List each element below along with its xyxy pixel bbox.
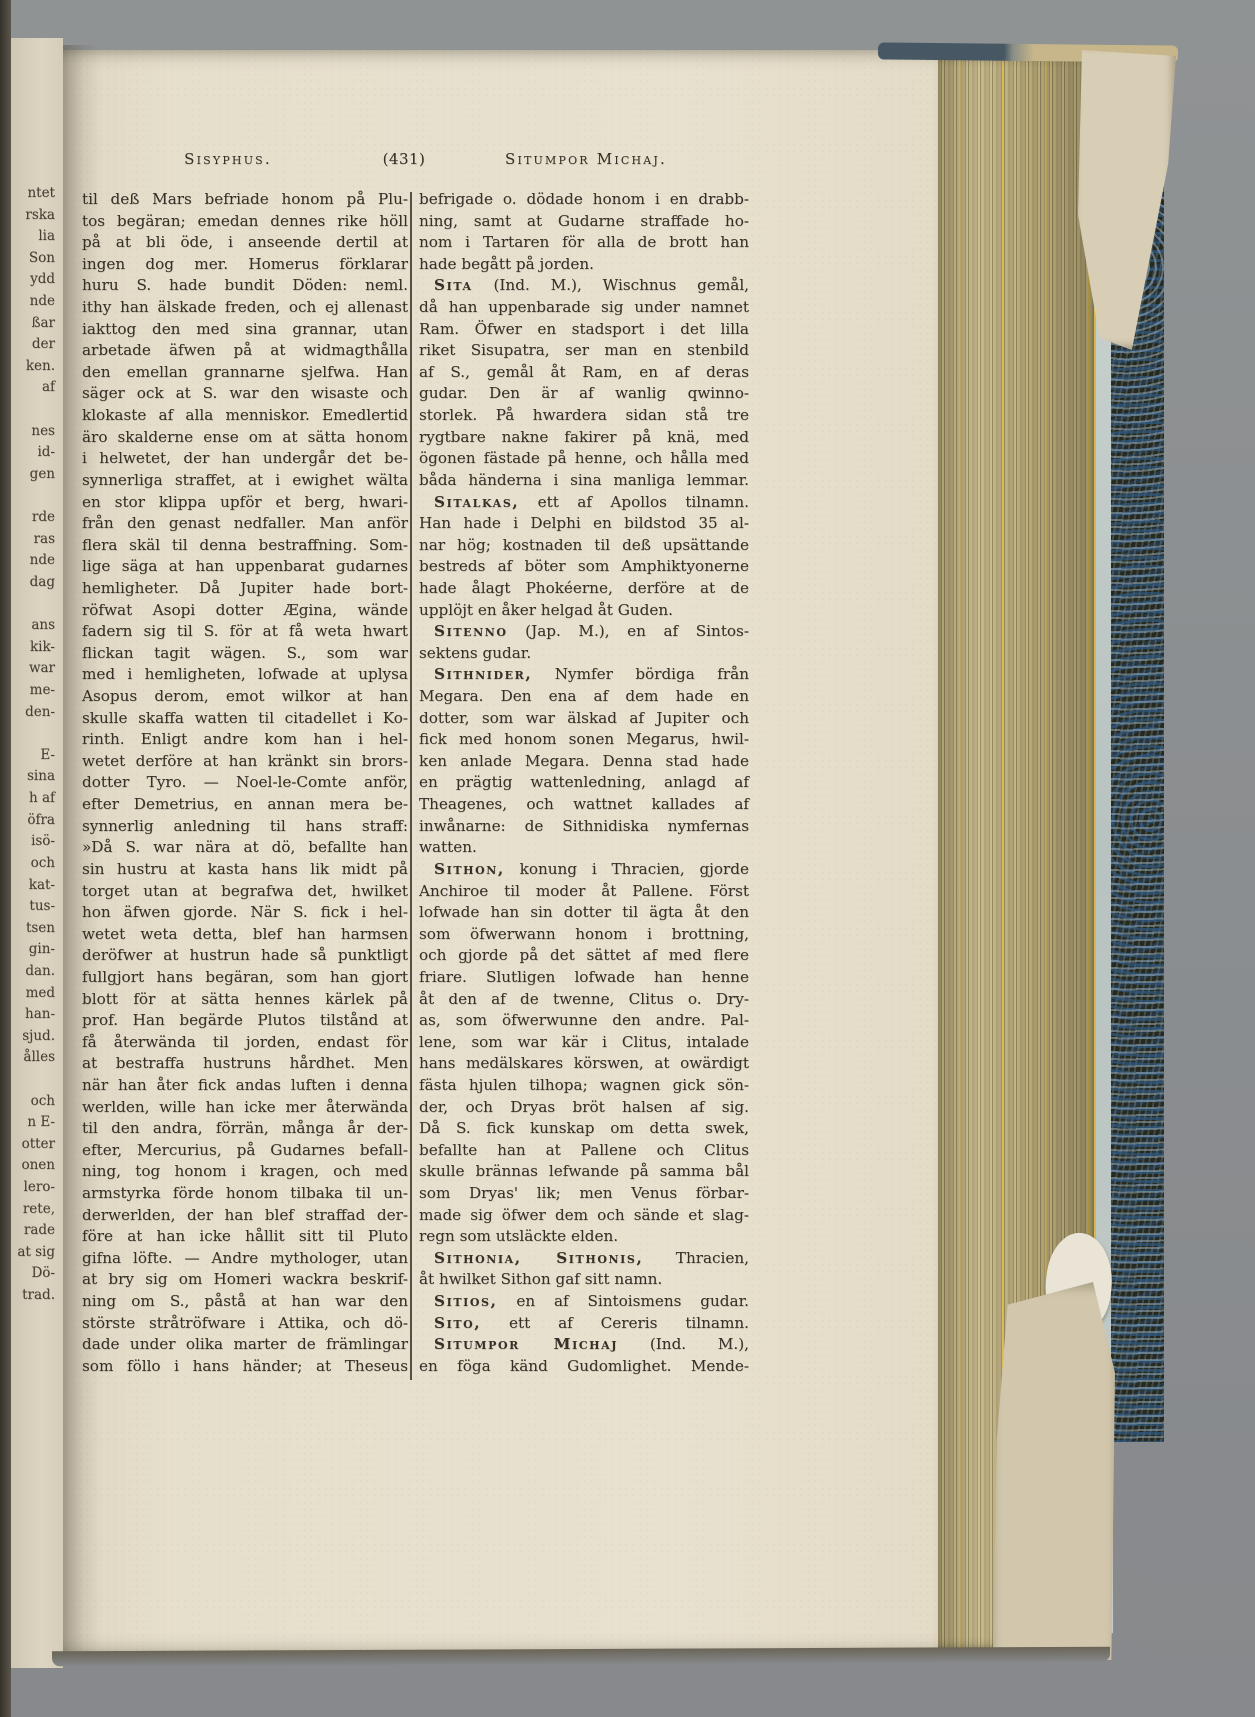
fragment-line: rete,: [11, 1199, 55, 1221]
fragment-line: och: [11, 853, 55, 875]
text-line: rinth. Enligt andre kom han i hel-: [82, 729, 408, 751]
text-line: skulle skaffa watten til citadellet i Ko…: [82, 708, 408, 730]
text-line: inwånarne: de Sithnidiska nymfernas: [419, 816, 749, 838]
fragment-line: ålles: [11, 1047, 55, 1069]
text-line: upplöjt en åker helgad åt Guden.: [419, 600, 749, 622]
text-line: at bestraffa hustruns hårdhet. Men: [82, 1053, 408, 1075]
text-line: storlek. På hwardera sidan stå tre: [419, 405, 749, 427]
text-line: wetet derföre at han kränkt sin brors-: [82, 751, 408, 773]
text-line: ning om S., påstå at han war den: [82, 1291, 408, 1313]
fragment-line: ras: [11, 529, 55, 551]
text-line: röfwat Asopi dotter Ægina, wände: [82, 600, 408, 622]
entry-headword: Sithnider,: [434, 665, 532, 683]
fragment-line: ydd: [11, 269, 55, 291]
text-line: arbetade äfwen på at widmagthålla: [82, 340, 408, 362]
fragment-line: och: [11, 1091, 55, 1113]
text-line: ken anlade Megara. Denna stad hade: [419, 751, 749, 773]
text-line: Sitalkas, ett af Apollos tilnamn.: [419, 492, 749, 514]
fragment-line: E-: [11, 745, 55, 767]
fragment-line: med: [11, 983, 55, 1005]
text-line: efter Demetrius, en annan mera be-: [82, 794, 408, 816]
text-line: klokaste af alla menniskor. Emedlertid: [82, 405, 408, 427]
text-line: skulle brännas lefwande på samma bål: [419, 1161, 749, 1183]
text-column-right: befrigade o. dödade honom i en drabb-nin…: [419, 189, 749, 1378]
fragment-line: tus-: [11, 896, 55, 918]
text-line: blott för at sätta hennes kärlek på: [82, 989, 408, 1011]
text-line: deröfwer at hustrun hade så punktligt: [82, 945, 408, 967]
text-line: ning, samt at Gudarne straffade ho-: [419, 211, 749, 233]
text-line: til deß Mars befriade honom på Plu-: [82, 189, 408, 211]
fragment-line: af: [11, 377, 55, 399]
fragment-line: Son: [11, 248, 55, 270]
fragment-line: den-: [11, 702, 55, 724]
text-line: åt den af de twenne, Clitus o. Dry-: [419, 989, 749, 1011]
entry-headword: Sithonia, Sithonis,: [434, 1249, 643, 1267]
text-line: iakttog den med sina grannar, utan: [82, 319, 408, 341]
text-line: prof. Han begärde Plutos tilstånd at: [82, 1010, 408, 1032]
text-line: ingen dog mer. Homerus förklarar: [82, 254, 408, 276]
text-line: riket Sisupatra, ser man en stenbild: [419, 340, 749, 362]
fragment-line: gin-: [11, 939, 55, 961]
text-line: til den andra, förrän, många år der-: [82, 1118, 408, 1140]
text-line: hade ålagt Phokéerne, derföre at de: [419, 578, 749, 600]
fragment-line: ßar: [11, 313, 55, 335]
fragment-line: rska: [11, 205, 55, 227]
book-bottom-edge: [52, 1647, 1110, 1667]
text-line: en föga känd Gudomlighet. Mende-: [419, 1356, 749, 1378]
fragment-line: nde: [11, 550, 55, 572]
text-line: som öfwerwann honom i brottning,: [419, 924, 749, 946]
text-line: som föllo i hans händer; at Theseus: [82, 1356, 408, 1378]
fragment-line: otter: [11, 1134, 55, 1156]
text-line: nom i Tartaren för alla de brott han: [419, 232, 749, 254]
text-line: tos begäran; emedan dennes rike höll: [82, 211, 408, 233]
text-line: ithy han älskade freden, och ej allenast: [82, 297, 408, 319]
text-line: lofwade han sin dotter til ägta åt den: [419, 902, 749, 924]
text-line: at bry sig om Homeri wackra beskrif-: [82, 1269, 408, 1291]
fragment-line: kat-: [11, 875, 55, 897]
text-line: sektens gudar.: [419, 643, 749, 665]
text-line: bestreds af böter som Amphiktyonerne: [419, 556, 749, 578]
text-line: Situmpor Michaj (Ind. M.),: [419, 1334, 749, 1356]
text-line: dade under olika marter de främlingar: [82, 1334, 408, 1356]
text-line: regn som utsläckte elden.: [419, 1226, 749, 1248]
fragment-line: [11, 1069, 55, 1091]
text-line: ning, tog honom i kragen, och med: [82, 1161, 408, 1183]
fragment-line: lero-: [11, 1177, 55, 1199]
text-line: made sig öfwer dem och sände et slag-: [419, 1205, 749, 1227]
text-line: före at han icke hållit sitt til Pluto: [82, 1226, 408, 1248]
fragment-line: [11, 723, 55, 745]
fragment-line: isö-: [11, 831, 55, 853]
fragment-line: kik-: [11, 637, 55, 659]
text-line: der, och Dryas bröt halsen af sig.: [419, 1097, 749, 1119]
entry-headword: Situmpor Michaj: [434, 1335, 618, 1353]
text-line: Anchiroe til moder åt Pallene. Först: [419, 881, 749, 903]
text-line: båda händerna i sina manliga lemmar.: [419, 470, 749, 492]
text-line: säger ock at S. war den wisaste och: [82, 383, 408, 405]
text-line: hon äfwen gjorde. När S. fick i hel-: [82, 902, 408, 924]
text-line: hemligheter. Då Jupiter hade bort-: [82, 578, 408, 600]
text-line: Asopus derom, emot wilkor at han: [82, 686, 408, 708]
text-line: då han uppenbarade sig under namnet: [419, 297, 749, 319]
text-line: Sithon, konung i Thracien, gjorde: [419, 859, 749, 881]
worn-cover-corner: [993, 1282, 1115, 1660]
fragment-line: sina: [11, 766, 55, 788]
facing-page-text-fragments: ntetrskaliaSonyddndeßarderken.af nesid-g…: [11, 183, 58, 1408]
text-line: gudar. Den är af wanlig qwinno-: [419, 383, 749, 405]
fragment-line: sjud.: [11, 1026, 55, 1048]
text-line: och gjorde på det sättet af med flere: [419, 945, 749, 967]
book-photo: Sisyphus. (431) Situmpor Michaj. til deß…: [0, 0, 1255, 1717]
entry-headword: Sithon,: [434, 860, 505, 878]
text-line: flera skäl til denna bestraffning. Som-: [82, 535, 408, 557]
text-line: störste stråtröfware i Attika, och dö-: [82, 1313, 408, 1335]
entry-headword: Sitalkas,: [434, 493, 519, 511]
fragment-line: han-: [11, 1004, 55, 1026]
text-line: på at bli öde, i anseende dertil at: [82, 232, 408, 254]
text-line: Theagenes, och wattnet kallades af: [419, 794, 749, 816]
text-line: »Då S. war nära at dö, befallte han: [82, 837, 408, 859]
page-number: (431): [383, 150, 426, 168]
text-line: Då S. fick kunskap om detta swek,: [419, 1118, 749, 1140]
text-line: Han hade i Delphi en bildstod 35 al-: [419, 513, 749, 535]
text-line: derwerlden, der han blef straffad der-: [82, 1205, 408, 1227]
text-line: fadern sig til S. för at få weta hwart: [82, 621, 408, 643]
text-line: hans medälskares körswen, at owärdigt: [419, 1053, 749, 1075]
text-line: friare. Slutligen lofwade han henne: [419, 967, 749, 989]
text-line: dotter Tyro. — Noel-le-Comte anför,: [82, 772, 408, 794]
text-line: armstyrka förde honom tilbaka til un-: [82, 1183, 408, 1205]
entry-headword: Sitenno: [434, 622, 508, 640]
fragment-line: war: [11, 658, 55, 680]
fragment-line: trad.: [11, 1285, 55, 1307]
text-line: Sitios, en af Sintoismens gudar.: [419, 1291, 749, 1313]
text-line: befallte han at Pallene och Clitus: [419, 1140, 749, 1162]
text-line: från den genast nedfaller. Man anför: [82, 513, 408, 535]
text-line: Megara. Den ena af dem hade en: [419, 686, 749, 708]
text-line: synnerlig anledning til hans straff:: [82, 816, 408, 838]
text-line: äro skalderne ense om at sätta honom: [82, 427, 408, 449]
text-line: werlden, wille han icke mer återwända: [82, 1097, 408, 1119]
text-column-left: til deß Mars befriade honom på Plu-tos b…: [82, 189, 408, 1378]
text-line: fästa hjulen tilhopa; wagnen gick sön-: [419, 1075, 749, 1097]
text-line: i helwetet, der han undergår det be-: [82, 448, 408, 470]
fragment-line: [11, 399, 55, 421]
text-line: watten.: [419, 837, 749, 859]
running-title-right: Situmpor Michaj.: [505, 150, 667, 168]
text-line: lige säga at han uppenbarat gudarnes: [82, 556, 408, 578]
text-line: Sithonia, Sithonis, Thracien,: [419, 1248, 749, 1270]
entry-headword: Sito,: [434, 1314, 481, 1332]
fragment-line: rde: [11, 507, 55, 529]
text-line: få återwända til jorden, endast för: [82, 1032, 408, 1054]
fragment-line: rade: [11, 1220, 55, 1242]
text-line: fullgjort hans begäran, som han gjort: [82, 967, 408, 989]
fragment-line: ans: [11, 615, 55, 637]
column-divider: [410, 192, 412, 1380]
text-line: nar hög; kostnaden til deß upsättande: [419, 535, 749, 557]
text-line: åt hwilket Sithon gaf sitt namn.: [419, 1269, 749, 1291]
fragment-line: [11, 594, 55, 616]
fragment-line: me-: [11, 680, 55, 702]
fragment-line: nes: [11, 421, 55, 443]
text-line: dotter, som war älskad af Jupiter och: [419, 708, 749, 730]
fragment-line: tsen: [11, 918, 55, 940]
text-line: Sitenno (Jap. M.), en af Sintos-: [419, 621, 749, 643]
fragment-line: at sig: [11, 1242, 55, 1264]
fragment-line: der: [11, 334, 55, 356]
fragment-line: dag: [11, 572, 55, 594]
entry-headword: Sitios,: [434, 1292, 497, 1310]
text-line: Ram. Öfwer en stadsport i det lilla: [419, 319, 749, 341]
text-line: lene, som war kär i Clitus, intalade: [419, 1032, 749, 1054]
text-line: Sita (Ind. M.), Wischnus gemål,: [419, 275, 749, 297]
fragment-line: lia: [11, 226, 55, 248]
fragment-line: onen: [11, 1155, 55, 1177]
entry-headword: Sita: [434, 276, 473, 294]
text-line: när han åter fick andas luften i denna: [82, 1075, 408, 1097]
text-line: rygtbare nakne fakirer på knä, med: [419, 427, 749, 449]
text-line: som Dryas' lik; men Venus förbar-: [419, 1183, 749, 1205]
text-line: hade begått på jorden.: [419, 254, 749, 276]
text-line: flickan tagit wägen. S., som war: [82, 643, 408, 665]
fragment-line: nde: [11, 291, 55, 313]
text-line: sin hustru at kasta hans lik midt på: [82, 859, 408, 881]
fragment-line: [11, 486, 55, 508]
text-line: en stor klippa upför et berg, hwari-: [82, 492, 408, 514]
text-line: torget utan at begrafwa det, hwilket: [82, 881, 408, 903]
fragment-line: dan.: [11, 961, 55, 983]
text-line: gifna löfte. — Andre mythologer, utan: [82, 1248, 408, 1270]
running-title-left: Sisyphus.: [184, 150, 272, 168]
text-line: Sito, ett af Cereris tilnamn.: [419, 1313, 749, 1335]
text-line: den emellan grannarne sjelfwa. Han: [82, 362, 408, 384]
text-line: synnerliga straffet, at i ewighet wälta: [82, 470, 408, 492]
text-line: wetet weta detta, blef han harmsen: [82, 924, 408, 946]
text-line: as, som öfwerwunne den andre. Pal-: [419, 1010, 749, 1032]
text-line: en prägtig wattenledning, anlagd af: [419, 772, 749, 794]
fragment-line: n E-: [11, 1112, 55, 1134]
fragment-line: öfra: [11, 810, 55, 832]
fragment-line: gen: [11, 464, 55, 486]
text-line: huru S. hade bundit Döden: neml.: [82, 275, 408, 297]
binding-gutter-shadow: [0, 0, 11, 1717]
fragment-line: ntet: [11, 183, 55, 205]
text-line: efter, Mercurius, på Gudarnes befall-: [82, 1140, 408, 1162]
text-line: med i hemligheten, lofwade at uplysa: [82, 664, 408, 686]
fragment-line: id-: [11, 442, 55, 464]
fragment-line: Dö-: [11, 1263, 55, 1285]
text-line: fick med honom sonen Megarus, hwil-: [419, 729, 749, 751]
text-line: Sithnider, Nymfer bördiga från: [419, 664, 749, 686]
fragment-line: ken.: [11, 356, 55, 378]
text-line: af S., gemål åt Ram, en af deras: [419, 362, 749, 384]
text-line: ögonen fästade på henne, och hålla med: [419, 448, 749, 470]
fragment-line: h af: [11, 788, 55, 810]
text-line: befrigade o. dödade honom i en drabb-: [419, 189, 749, 211]
